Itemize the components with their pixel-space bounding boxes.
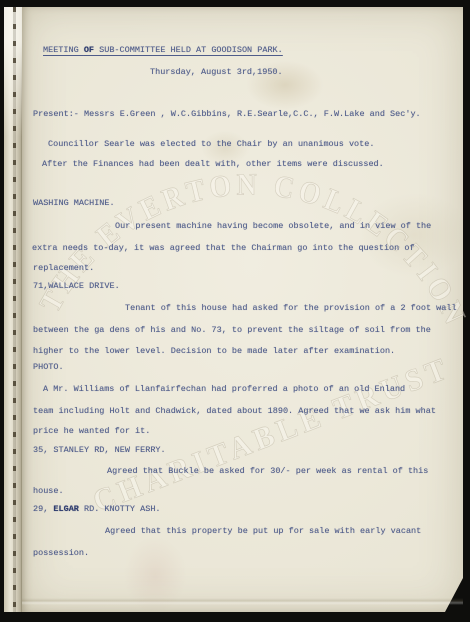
text-segment: 35, STANLEY RD, NEW FERRY. — [33, 445, 166, 455]
heading-stanley-rd: 35, STANLEY RD, NEW FERRY. — [33, 446, 166, 455]
date-line: Thursday, August 3rd,1950. — [150, 68, 283, 77]
text-segment: PHOTO. — [33, 362, 64, 372]
heading-elgar-rd: 29, ELGAR RD. KNOTTY ASH. — [33, 505, 161, 514]
text-segment: RD. KNOTTY ASH. — [79, 504, 161, 514]
text-segment: 29, — [33, 504, 53, 514]
stanley-rd-para-2: house. — [33, 487, 64, 496]
text-segment: extra needs to-day, it was agreed that t… — [32, 243, 415, 253]
stanley-rd-para-1: Agreed that Buckle be asked for 30/- per… — [107, 467, 428, 476]
text-segment: replacement. — [33, 263, 94, 273]
elgar-rd-para-1: Agreed that this property be put up for … — [105, 527, 421, 536]
text-segment: Thursday, August 3rd,1950. — [150, 67, 283, 77]
text-segment: WASHING MACHINE. — [33, 198, 115, 208]
heading-wallace-drive: 71,WALLACE DRIVE. — [33, 282, 120, 291]
text-segment: 71,WALLACE DRIVE. — [33, 281, 120, 291]
text-segment: Tenant of this house had asked for the p… — [125, 303, 457, 313]
elgar-rd-para-2: possession. — [33, 549, 89, 558]
attendees-line: Present:- Messrs E.Green , W.C.Gibbins, … — [33, 110, 421, 119]
chair-election-line: Councillor Searle was elected to the Cha… — [48, 140, 374, 149]
heading-photo: PHOTO. — [33, 363, 64, 372]
photo-para-1: A Mr. Williams of Llanfairfechan had pro… — [43, 385, 405, 394]
wallace-drive-para-2: between the ga dens of his and No. 73, t… — [33, 326, 431, 335]
wallace-drive-para-3: higher to the lower level. Decision to b… — [33, 347, 395, 356]
text-segment: SUB-COMMITTEE HELD AT GOODISON PARK. — [94, 45, 283, 55]
document-lines-layer: MEETING OF SUB-COMMITTEE HELD AT GOODISO… — [0, 0, 470, 622]
text-segment: Our present machine having become obsole… — [115, 221, 431, 231]
text-segment: Agreed that Buckle be asked for 30/- per… — [107, 466, 428, 476]
text-segment: After the Finances had been dealt with, … — [42, 159, 384, 169]
washing-machine-para-3: replacement. — [33, 264, 94, 273]
text-segment: Agreed that this property be put up for … — [105, 526, 421, 536]
text-segment: house. — [33, 486, 64, 496]
text-segment: A Mr. Williams of Llanfairfechan had pro… — [43, 384, 405, 394]
text-segment: MEETING — [43, 45, 84, 55]
text-segment: Councillor Searle was elected to the Cha… — [48, 139, 374, 149]
text-segment: between the ga dens of his and No. 73, t… — [33, 325, 431, 335]
photo-para-3: price he wanted for it. — [33, 427, 150, 436]
text-segment: price he wanted for it. — [33, 426, 150, 436]
finances-line: After the Finances had been dealt with, … — [42, 160, 384, 169]
emphasized-text-segment: ELGAR — [53, 504, 79, 514]
wallace-drive-para-1: Tenant of this house had asked for the p… — [125, 304, 457, 313]
washing-machine-para-1: Our present machine having become obsole… — [115, 222, 431, 231]
emphasized-text-segment: OF — [84, 45, 94, 55]
photo-para-2: team including Holt and Chadwick, dated … — [33, 407, 436, 416]
scanned-page: THE EVERTON COLLECTION CHARITABLE TRUST … — [0, 0, 470, 622]
washing-machine-para-2: extra needs to-day, it was agreed that t… — [32, 244, 415, 253]
text-segment: Present:- Messrs E.Green , W.C.Gibbins, … — [33, 109, 421, 119]
heading-washing-machine: WASHING MACHINE. — [33, 199, 115, 208]
text-segment: team including Holt and Chadwick, dated … — [33, 406, 436, 416]
title-line: MEETING OF SUB-COMMITTEE HELD AT GOODISO… — [43, 46, 283, 55]
text-segment: higher to the lower level. Decision to b… — [33, 346, 395, 356]
text-segment: possession. — [33, 548, 89, 558]
